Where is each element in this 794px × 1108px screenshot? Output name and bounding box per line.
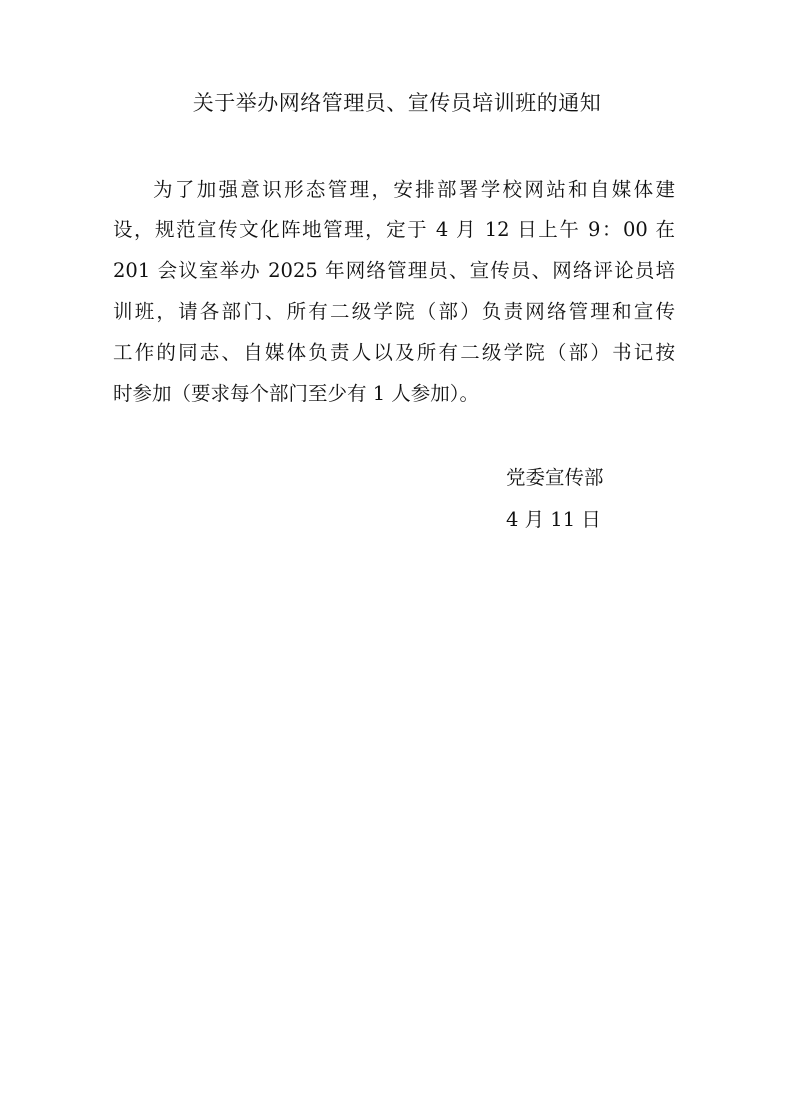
document-title: 关于举办网络管理员、宣传员培训班的通知 (0, 88, 794, 118)
body-line: 工作的同志、自媒体负责人以及所有二级学院（部）书记按 (113, 340, 675, 366)
document-page: 关于举办网络管理员、宣传员培训班的通知 为了加强意识形态管理，安排部署学校网站和… (0, 0, 794, 1108)
body-line: 为了加强意识形态管理，安排部署学校网站和自媒体建 (153, 177, 675, 203)
signature-department: 党委宣传部 (506, 465, 604, 491)
body-line: 训班，请各部门、所有二级学院（部）负责网络管理和宣传 (113, 299, 675, 325)
signature-date: 4 月 11 日 (506, 507, 601, 533)
body-line: 201 会议室举办 2025 年网络管理员、宣传员、网络评论员培 (113, 258, 675, 284)
body-line: 设，规范宣传文化阵地管理，定于 4 月 12 日上午 9：00 在 (113, 217, 675, 243)
body-line: 时参加（要求每个部门至少有 1 人参加）。 (113, 381, 675, 407)
